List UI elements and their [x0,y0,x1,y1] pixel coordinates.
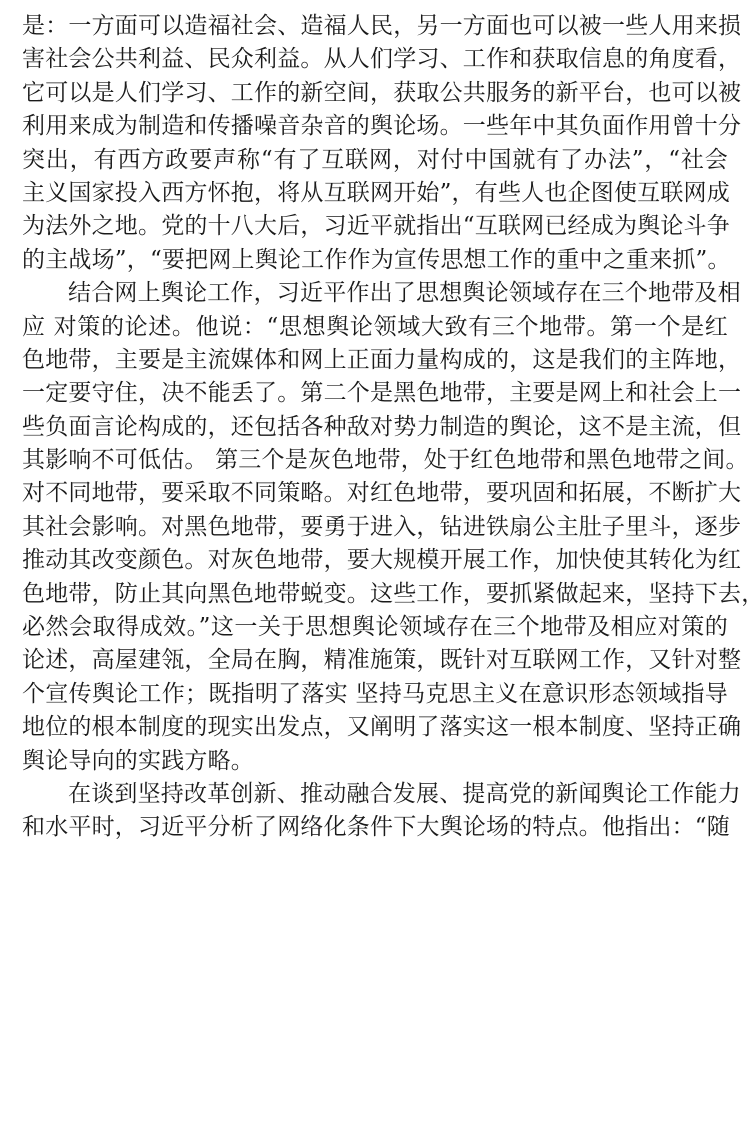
text-line: 在谈到坚持改革创新、推动融合发展、提高党的新闻舆论工作能力 [22,778,728,811]
text-line: 些负面言论构成的，还包括各种敌对势力制造的舆论，这不是主流，但 [22,411,728,444]
text-line: 其影响不可低估。 第三个是灰色地带，处于红色地带和黑色地带之间。 [22,444,728,477]
text-line: 的主战场”，“要把网上舆论工作作为宣传思想工作的重中之重来抓”。 [22,244,728,277]
text-line: 推动其改变颜色。对灰色地带，要大规模开展工作，加快使其转化为红 [22,544,728,577]
text-line: 色地带，主要是主流媒体和网上正面力量构成的，这是我们的主阵地， [22,344,728,377]
text-line: 论述，高屋建瓴，全局在胸，精准施策，既针对互联网工作，又针对整 [22,644,728,677]
paragraph-1: 是：一方面可以造福社会、造福人民，另一方面也可以被一些人用来损 害社会公共利益、… [22,10,728,277]
text-line: 利用来成为制造和传播噪音杂音的舆论场。一些年中其负面作用曾十分 [22,110,728,143]
text-line: 对不同地带，要采取不同策略。对红色地带，要巩固和拓展，不断扩大 [22,477,728,510]
text-line: 它可以是人们学习、工作的新空间，获取公共服务的新平台，也可以被 [22,77,728,110]
text-line: 个宣传舆论工作；既指明了落实 坚持马克思主义在意识形态领域指导 [22,678,728,711]
text-line: 地位的根本制度的现实出发点，又阐明了落实这一根本制度、坚持正确 [22,711,728,744]
paragraph-3: 在谈到坚持改革创新、推动融合发展、提高党的新闻舆论工作能力 和水平时，习近平分析… [22,778,728,845]
text-line: 和水平时，习近平分析了网络化条件下大舆论场的特点。他指出：“随 [22,811,728,844]
text-line: 应 对策的论述。他说：“思想舆论领域大致有三个地带。第一个是红 [22,311,728,344]
text-line: 是：一方面可以造福社会、造福人民，另一方面也可以被一些人用来损 [22,10,728,43]
text-line: 主义国家投入西方怀抱，将从互联网开始”，有些人也企图使互联网成 [22,177,728,210]
paragraph-2: 结合网上舆论工作，习近平作出了思想舆论领域存在三个地带及相 应 对策的论述。他说… [22,277,728,778]
text-line: 其社会影响。对黑色地带，要勇于进入，钻进铁扇公主肚子里斗，逐步 [22,511,728,544]
text-line: 必然会取得成效。”这一关于思想舆论领域存在三个地带及相应对策的 [22,611,728,644]
document-page: 是：一方面可以造福社会、造福人民，另一方面也可以被一些人用来损 害社会公共利益、… [22,10,728,845]
text-line: 为法外之地。党的十八大后，习近平就指出“互联网已经成为舆论斗争 [22,210,728,243]
text-line: 色地带，防止其向黑色地带蜕变。这些工作，要抓紧做起来，坚持下去， [22,578,728,611]
text-line: 结合网上舆论工作，习近平作出了思想舆论领域存在三个地带及相 [22,277,728,310]
text-line: 舆论导向的实践方略。 [22,745,728,778]
text-line: 突出，有西方政要声称“有了互联网，对付中国就有了办法”，“社会 [22,144,728,177]
text-line: 一定要守住，决不能丢了。第二个是黑色地带，主要是网上和社会上一 [22,377,728,410]
text-line: 害社会公共利益、民众利益。从人们学习、工作和获取信息的角度看， [22,43,728,76]
